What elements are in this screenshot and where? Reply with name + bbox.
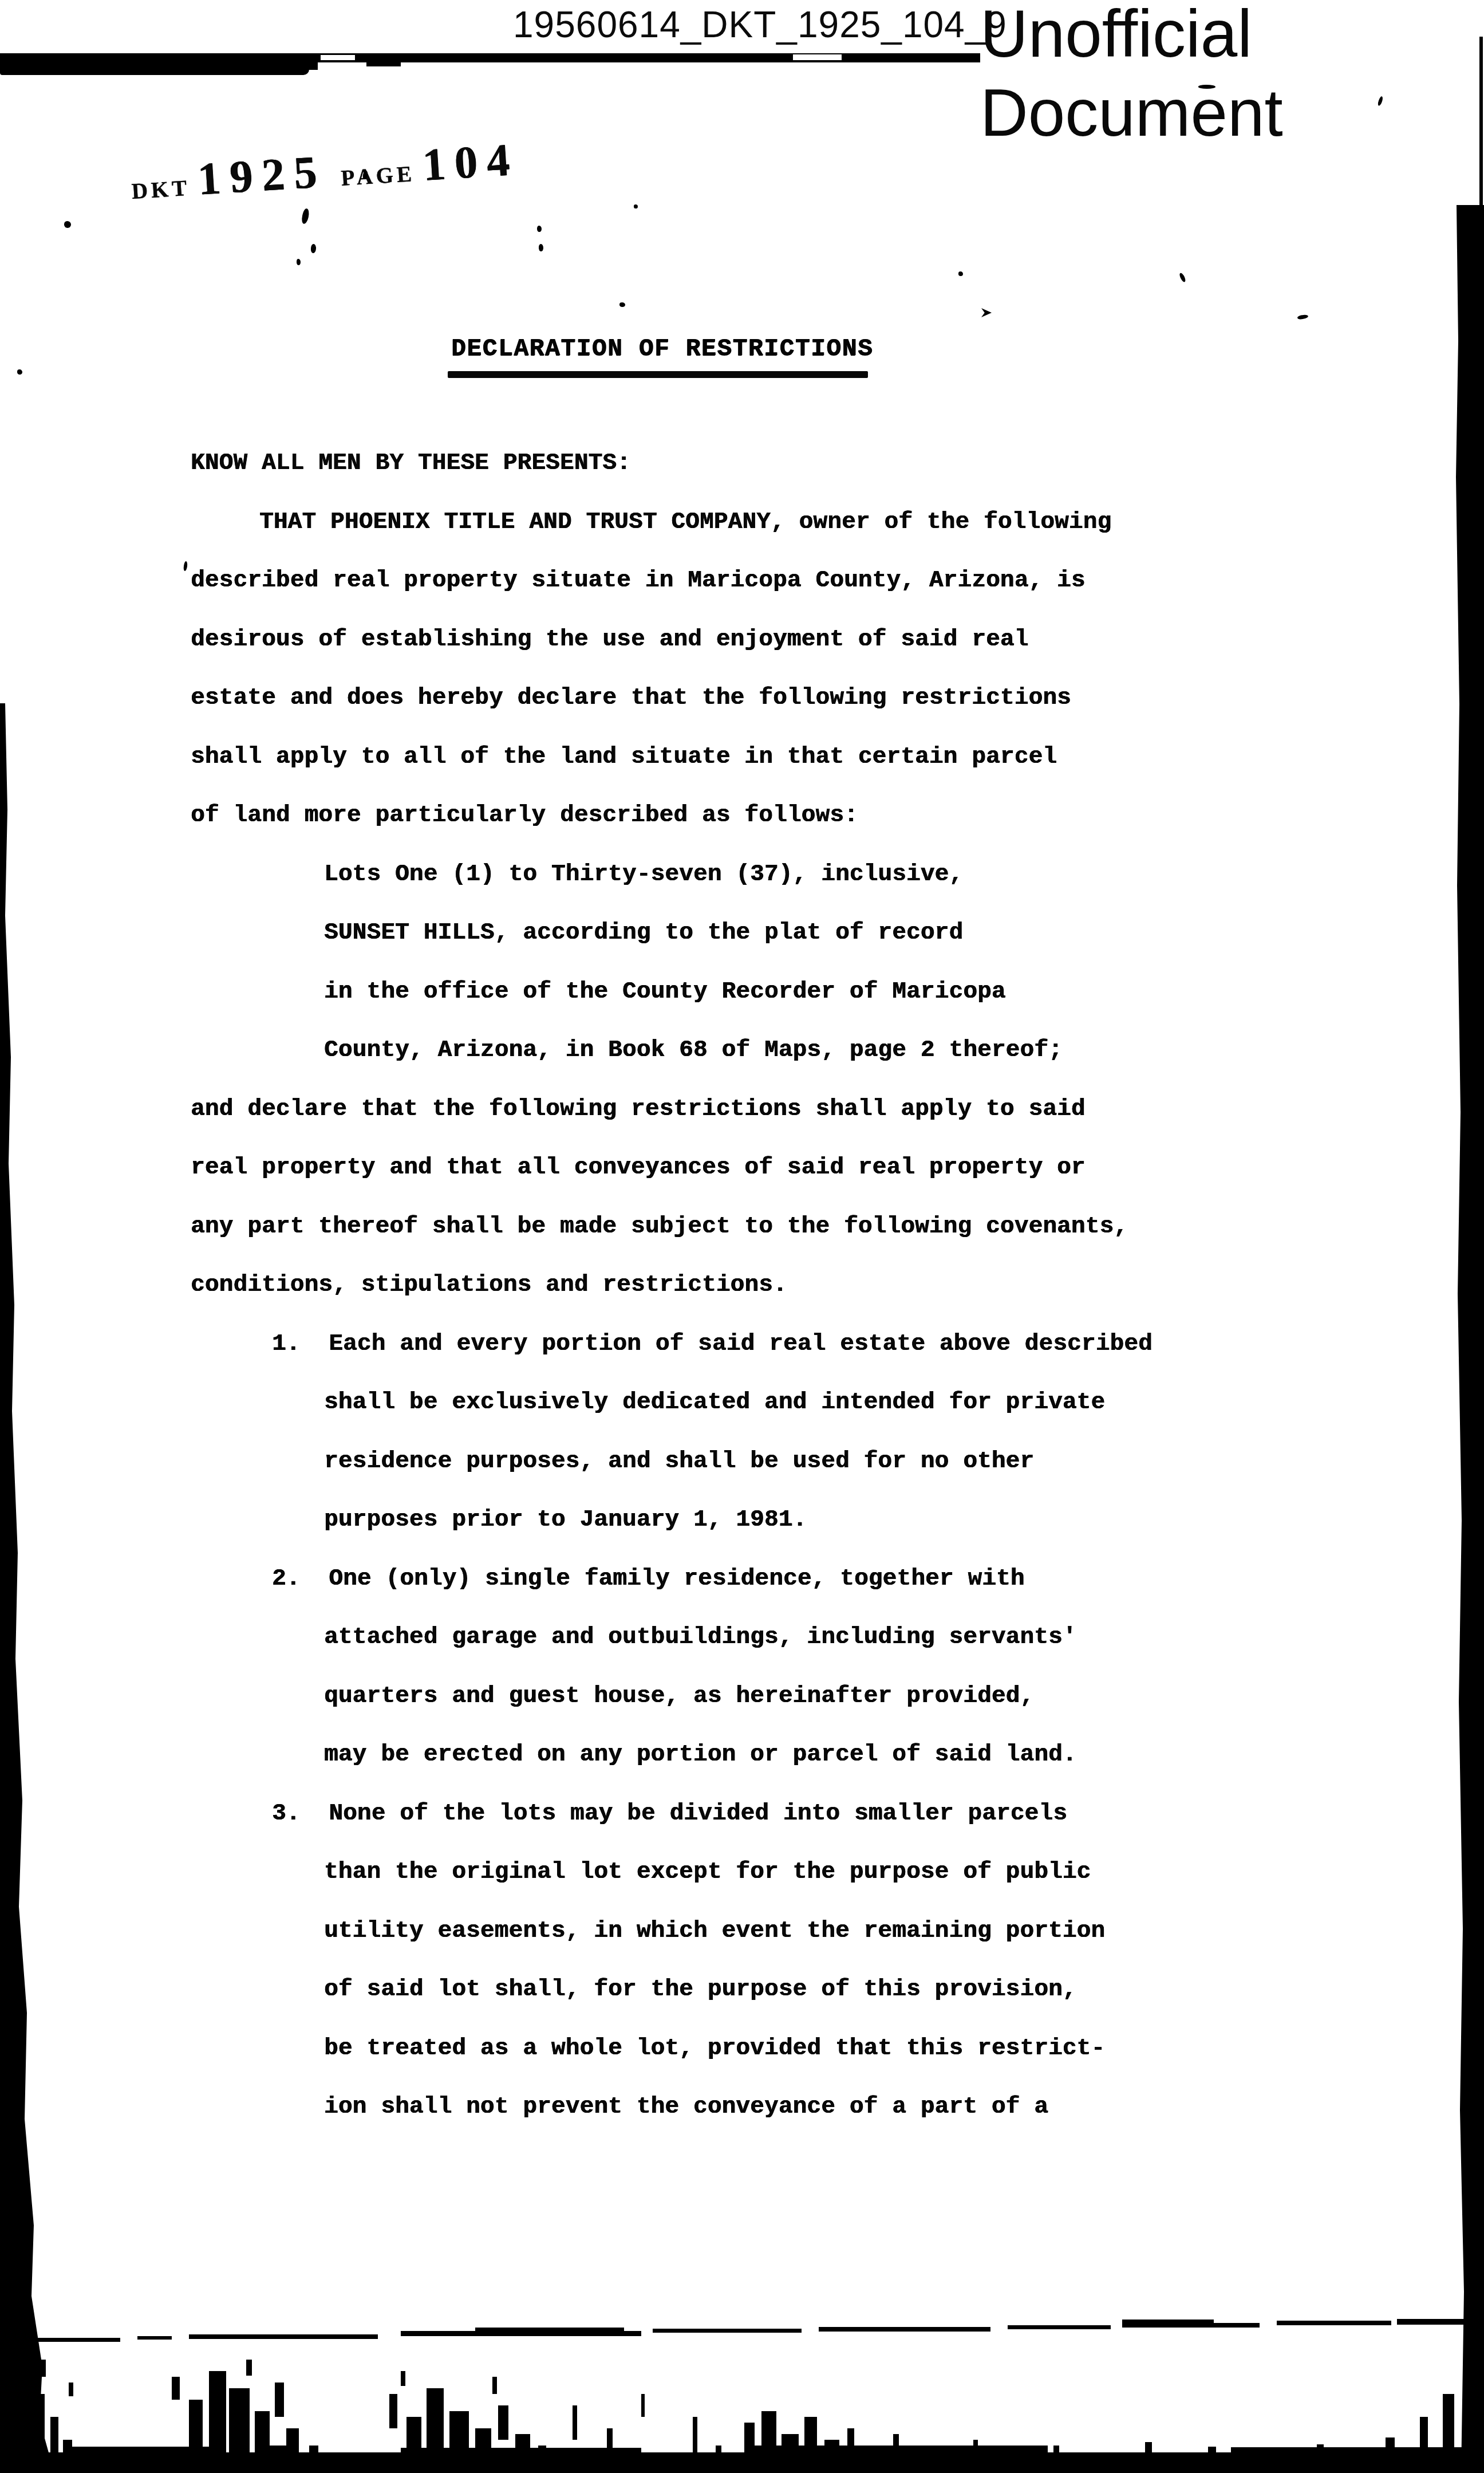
document-line: attached garage and outbuildings, includ… (324, 1624, 1077, 1651)
ink-speck (981, 308, 992, 317)
ink-speck (297, 259, 301, 265)
ink-speck (1198, 85, 1215, 89)
document-line: conditions, stipulations and restriction… (191, 1272, 787, 1298)
ink-speck (64, 221, 71, 228)
document-line: and declare that the following restricti… (191, 1096, 1086, 1123)
document-line: may be erected on any portion or parcel … (324, 1742, 1077, 1768)
document-filename: 19560614_DKT_1925_104_9 (513, 3, 1007, 46)
ink-speck (958, 271, 963, 276)
unofficial-watermark: UnofficialDocument (980, 0, 1283, 152)
document-line: be treated as a whole lot, provided that… (324, 2035, 1105, 2062)
document-line: County, Arizona, in Book 68 of Maps, pag… (324, 1037, 1063, 1064)
ink-speck (301, 208, 310, 225)
document-line: 1. Each and every portion of said real e… (272, 1331, 1153, 1357)
document-line: real property and that all conveyances o… (191, 1155, 1086, 1181)
watermark-line2: Document (980, 76, 1283, 150)
ink-speck (539, 244, 543, 251)
document-line: Lots One (1) to Thirty-seven (37), inclu… (324, 861, 963, 888)
ink-speck (1297, 314, 1309, 320)
document-line: desirous of establishing the use and enj… (191, 627, 1028, 653)
stamp-dkt-number: 1925 (196, 146, 327, 206)
document-line: purposes prior to January 1, 1981. (324, 1507, 807, 1533)
document-line: estate and does hereby declare that the … (191, 685, 1071, 711)
ink-speck (183, 561, 188, 572)
document-title: DECLARATION OF RESTRICTIONS (451, 334, 873, 363)
watermark-line1: Unofficial (980, 0, 1252, 71)
scan-noise-bottom (0, 2302, 1484, 2473)
ink-speck (634, 204, 638, 208)
ink-speck (619, 302, 625, 307)
ink-speck (1377, 96, 1383, 106)
scan-edge-right-line (1479, 37, 1483, 208)
stamp-dkt-label: DKT (131, 175, 191, 204)
scan-band-bump (366, 61, 401, 66)
document-line: THAT PHOENIX TITLE AND TRUST COMPANY, ow… (259, 509, 1111, 535)
ink-speck (310, 244, 316, 254)
stamp-page-label: PAGE (340, 161, 416, 191)
ink-speck (1179, 272, 1187, 282)
document-line: described real property situate in Maric… (191, 568, 1086, 594)
scan-edge-left (0, 703, 57, 2473)
scan-band-bump (246, 62, 318, 70)
document-line: residence purposes, and shall be used fo… (324, 1448, 1034, 1475)
docket-stamp: DKT 1925 PAGE 104 (129, 133, 535, 210)
scan-edge-right (1455, 205, 1484, 2473)
stamp-page-number: 104 (421, 134, 520, 192)
document-line: shall be exclusively dedicated and inten… (324, 1389, 1105, 1416)
document-line: KNOW ALL MEN BY THESE PRESENTS: (191, 450, 631, 477)
document-line: of land more particularly described as f… (191, 802, 858, 829)
document-line: ion shall not prevent the conveyance of … (324, 2094, 1048, 2120)
document-line: of said lot shall, for the purpose of th… (324, 1976, 1077, 2003)
document-line: SUNSET HILLS, according to the plat of r… (324, 920, 963, 946)
document-line: in the office of the County Recorder of … (324, 979, 1006, 1005)
document-line: 2. One (only) single family residence, t… (272, 1566, 1025, 1592)
scan-band-gap (793, 54, 842, 60)
document-line: any part thereof shall be made subject t… (191, 1214, 1128, 1240)
ink-speck (17, 369, 22, 375)
scanned-document-page: 19560614_DKT_1925_104_9 UnofficialDocume… (0, 0, 1484, 2473)
scan-band-bump (97, 62, 152, 69)
ink-speck (537, 226, 542, 232)
document-line: than the original lot except for the pur… (324, 1859, 1091, 1885)
title-underline (448, 371, 868, 378)
document-line: 3. None of the lots may be divided into … (272, 1801, 1067, 1827)
scan-band-gap (321, 55, 355, 60)
document-line: shall apply to all of the land situate i… (191, 744, 1057, 770)
document-line: utility easements, in which event the re… (324, 1918, 1105, 1944)
document-line: quarters and guest house, as hereinafter… (324, 1683, 1034, 1710)
